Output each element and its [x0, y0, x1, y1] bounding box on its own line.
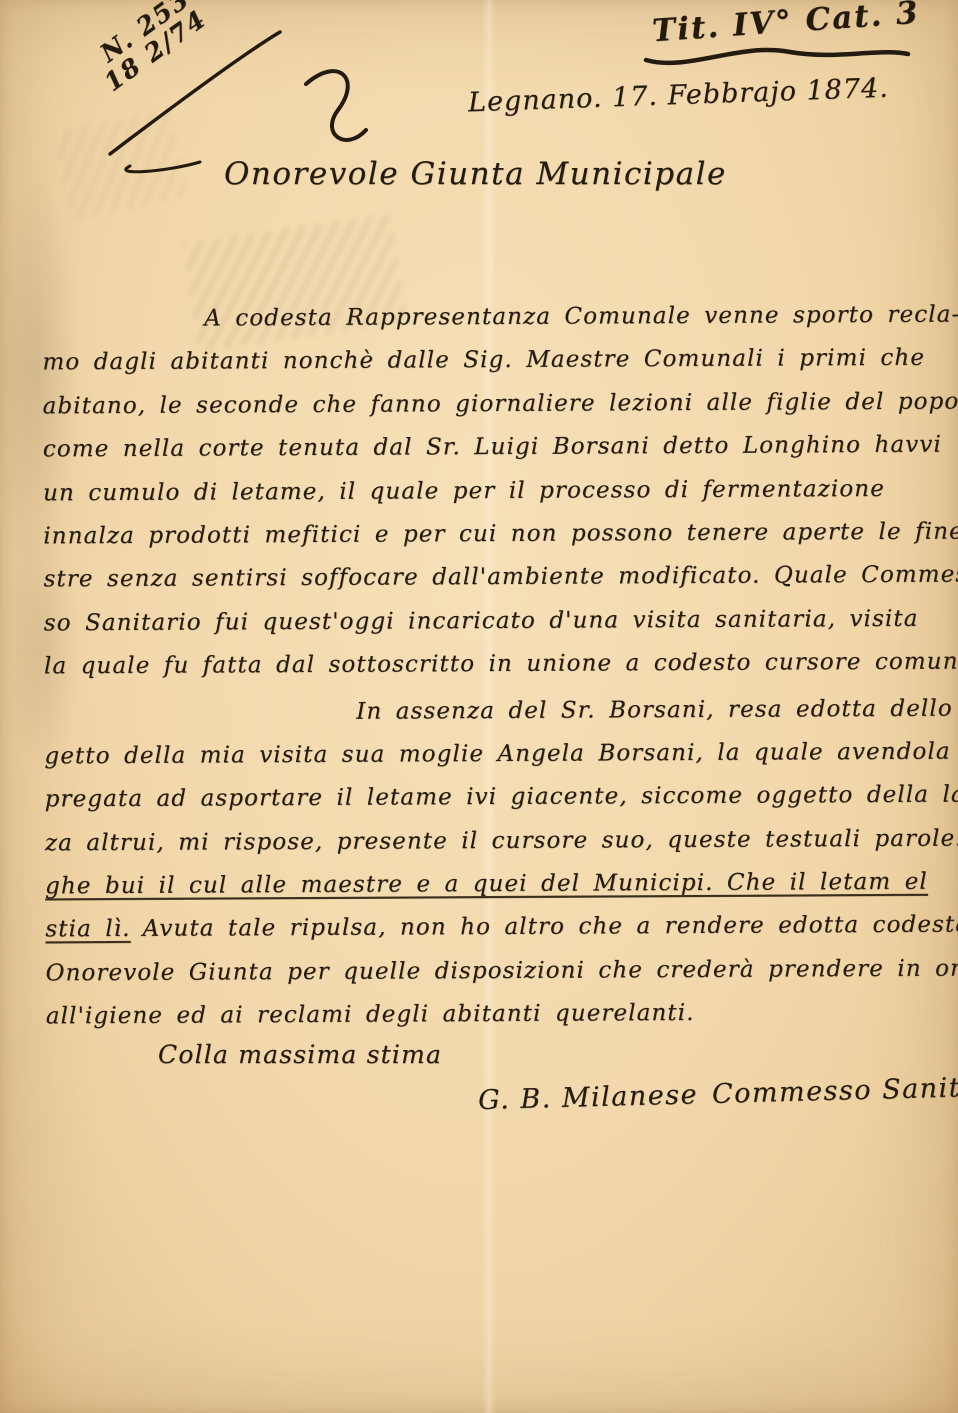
body-line: A codesta Rappresentanza Comunale venne … [42, 294, 942, 342]
body-line-continuation: Avuta tale ripulsa, non ho altro che a r… [143, 912, 958, 942]
body-line: Onorevole Giunta per quelle disposizioni… [45, 947, 945, 995]
body-line: ghe bui il cul alle maestre e a quei del… [45, 861, 945, 909]
dialect-quote-line: ghe bui il cul alle maestre e a quei del… [45, 869, 928, 900]
body-line: getto della mia visita sua moglie Angela… [44, 731, 944, 779]
signature-name: G. B. Milanese [478, 1079, 699, 1116]
dialect-quote-line: stia lì. [45, 916, 130, 942]
body-line: la quale fu fatta dal sottoscritto in un… [44, 641, 944, 689]
body-line: all'igiene ed ai reclami degli abitanti … [46, 991, 946, 1039]
salutation: Onorevole Giunta Municipale [224, 156, 727, 192]
body-line: mo dagli abitanti nonchè dalle Sig. Maes… [42, 337, 942, 385]
letter-body: A codesta Rappresentanza Comunale venne … [42, 294, 946, 1039]
closing-salutation: Colla massima stima [158, 1040, 442, 1069]
body-line: so Sanitario fui quest'oggi incaricato d… [44, 597, 944, 645]
body-line: za altrui, mi rispose, presente il curso… [45, 817, 945, 865]
body-line: abitano, le seconde che fanno giornalier… [43, 380, 943, 428]
body-line: un cumulo di letame, il quale per il pro… [43, 467, 943, 515]
body-line: stre senza sentirsi soffocare dall'ambie… [43, 554, 943, 602]
body-line: pregata ad asportare il letame ivi giace… [45, 774, 945, 822]
body-line: come nella corte tenuta dal Sr. Luigi Bo… [43, 424, 943, 472]
body-line: innalza prodotti mefitici e per cui non … [43, 511, 943, 559]
body-line: stia lì.Avuta tale ripulsa, non ho altro… [45, 904, 945, 952]
body-line: In assenza del Sr. Borsani, resa edotta … [44, 687, 944, 735]
